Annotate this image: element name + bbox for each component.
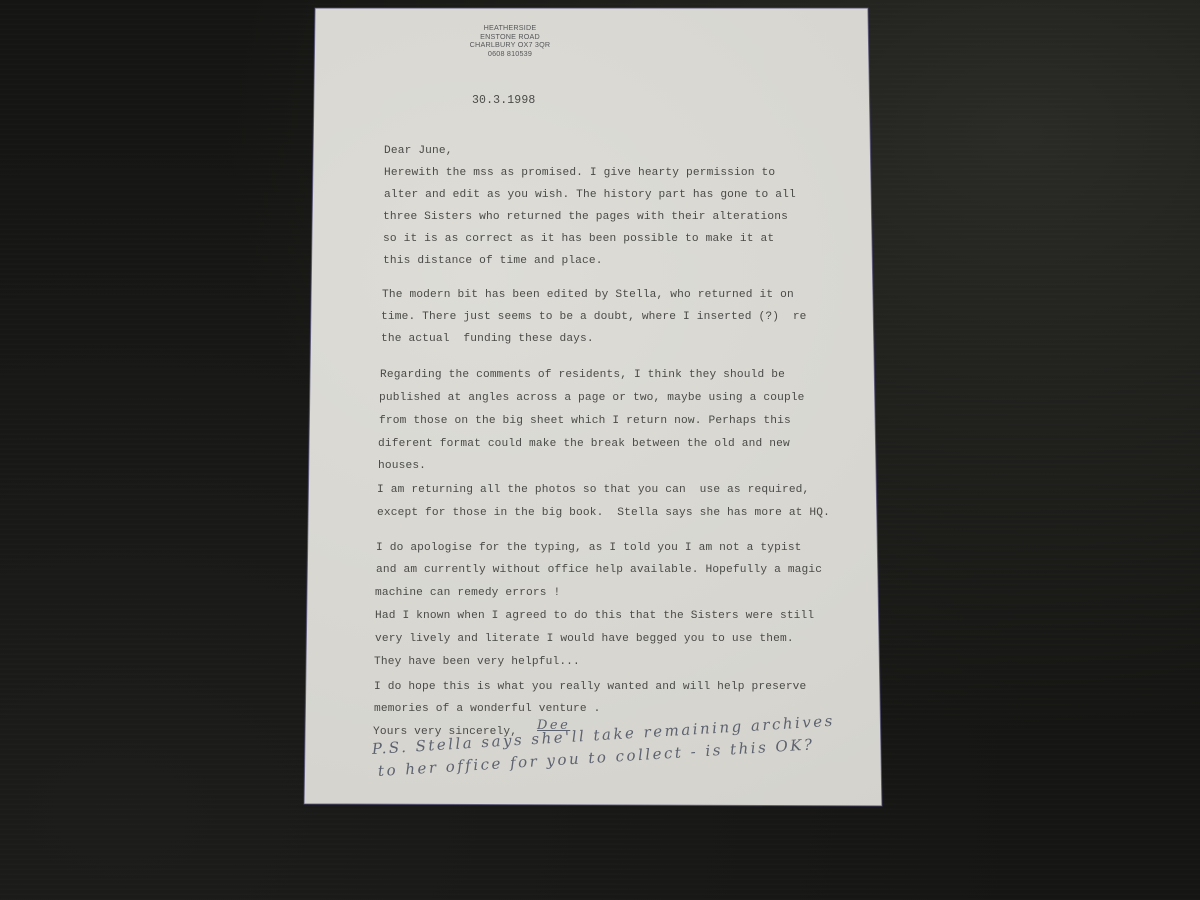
body-line: very lively and literate I would have be… xyxy=(375,633,794,645)
body-line: three Sisters who returned the pages wit… xyxy=(383,211,788,223)
body-line: I am returning all the photos so that yo… xyxy=(377,484,809,496)
body-line: published at angles across a page or two… xyxy=(379,392,805,404)
body-line: the actual funding these days. xyxy=(381,333,594,345)
body-line: machine can remedy errors ! xyxy=(375,587,560,599)
body-line: The modern bit has been edited by Stella… xyxy=(382,289,794,301)
body-line: this distance of time and place. xyxy=(383,255,603,267)
body-line: memories of a wonderful venture . xyxy=(374,703,601,715)
letter-date: 30.3.1998 xyxy=(472,94,535,107)
body-line: diferent format could make the break bet… xyxy=(378,438,790,450)
body-line: Had I known when I agreed to do this tha… xyxy=(375,610,814,622)
letterhead-address: HEATHERSIDE ENSTONE ROAD CHARLBURY OX7 3… xyxy=(460,24,560,58)
body-line: I do hope this is what you really wanted… xyxy=(374,681,806,693)
body-line: so it is as correct as it has been possi… xyxy=(383,233,774,245)
body-line: alter and edit as you wish. The history … xyxy=(384,189,796,201)
body-line: and am currently without office help ava… xyxy=(376,564,822,576)
body-line: from those on the big sheet which I retu… xyxy=(379,415,791,427)
body-line: I do apologise for the typing, as I told… xyxy=(376,542,802,554)
body-line: Regarding the comments of residents, I t… xyxy=(380,369,785,381)
body-line: Herewith the mss as promised. I give hea… xyxy=(384,167,775,179)
salutation: Dear June, xyxy=(384,145,453,157)
body-line: time. There just seems to be a doubt, wh… xyxy=(381,311,807,323)
body-line: They have been very helpful... xyxy=(374,656,580,668)
body-line: houses. xyxy=(378,460,426,472)
body-line: except for those in the big book. Stella… xyxy=(377,507,830,519)
letterhead-phone: 0608 810539 xyxy=(460,50,560,59)
